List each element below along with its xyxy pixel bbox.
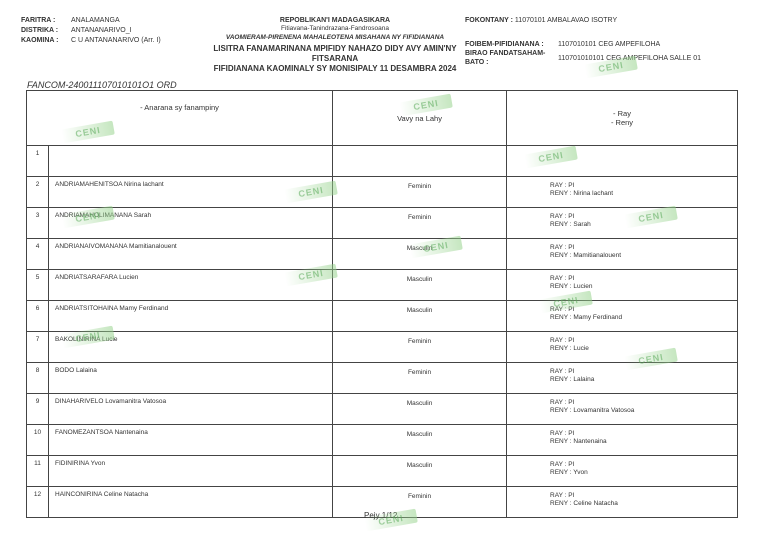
field-label: FARITRA : <box>21 16 71 26</box>
foibem-value: 1107010101 CEG AMPEFILOHA <box>558 40 701 49</box>
voter-name: ANDRIATSITOHAINA Mamy Ferdinand <box>49 301 333 332</box>
table-row: 6ANDRIATSITOHAINA Mamy FerdinandMasculin… <box>27 301 738 332</box>
row-number: 4 <box>27 239 49 270</box>
row-number: 5 <box>27 270 49 301</box>
voter-list-table: - Anarana sy fanampiny Vavy na Lahy - Ra… <box>26 90 737 518</box>
voter-sex: Feminin <box>333 332 507 363</box>
table-row: 7BAKOLINIRINA LucieFemininRAY : PIRENY :… <box>27 332 738 363</box>
voter-parents: RAY : PIRENY : Mamitianalouent <box>507 239 738 270</box>
voter-name: ANDRIANAIVOMANANA Mamitianalouent <box>49 239 333 270</box>
voter-sex: Feminin <box>333 208 507 239</box>
row-number: 3 <box>27 208 49 239</box>
voter-parents: RAY : PIRENY : Celine Natacha <box>507 487 738 518</box>
voter-parents: RAY : PIRENY : Lovamanitra Vatosoa <box>507 394 738 425</box>
header-parents: - Ray - Reny <box>507 91 738 146</box>
table-row: 8BODO LalainaFemininRAY : PIRENY : Lalai… <box>27 363 738 394</box>
voter-parents: RAY : PIRENY : Nantenaina <box>507 425 738 456</box>
header-sex: Vavy na Lahy <box>333 91 507 146</box>
row-number: 7 <box>27 332 49 363</box>
header-location-info: FARITRA :ANALAMANGADISTRIKA :ANTANANARIV… <box>21 16 161 46</box>
row-number: 8 <box>27 363 49 394</box>
table-row: 2ANDRIAMAHENITSOA Nirina lachantFemininR… <box>27 177 738 208</box>
table-row: 11FIDINIRINA YvonMasculinRAY : PIRENY : … <box>27 456 738 487</box>
voter-parents: RAY : PIRENY : Nirina lachant <box>507 177 738 208</box>
birao-label: BIRAO FANDATSAHAM-BATO : <box>465 49 555 67</box>
document-title: LISITRA FANAMARINANA MPIFIDY NAHAZO DIDY… <box>200 44 470 74</box>
table-row: 3ANDRIAMAHOLIMANANA SarahFemininRAY : PI… <box>27 208 738 239</box>
voter-parents <box>507 146 738 177</box>
voter-sex: Feminin <box>333 363 507 394</box>
table-row: 4ANDRIANAIVOMANANA MamitianalouentMascul… <box>27 239 738 270</box>
header-name: - Anarana sy fanampiny <box>27 91 333 146</box>
field-value: ANALAMANGA <box>71 16 120 26</box>
table-row: 5ANDRIATSARAFARA LucienMasculinRAY : PIR… <box>27 270 738 301</box>
voter-name: FANOMEZANTSOA Nantenaina <box>49 425 333 456</box>
row-number: 2 <box>27 177 49 208</box>
birao-value: 110701010101 CEG AMPEFILOHA SALLE 01 <box>558 54 701 63</box>
header-title-block: REPOBLIKAN'I MADAGASIKARA Fitiavana-Tani… <box>200 16 470 74</box>
field-label: KAOMINA : <box>21 36 71 46</box>
voter-name: ANDRIAMAHOLIMANANA Sarah <box>49 208 333 239</box>
voter-sex: Masculin <box>333 456 507 487</box>
voter-sex: Masculin <box>333 425 507 456</box>
voter-name: ANDRIAMAHENITSOA Nirina lachant <box>49 177 333 208</box>
field-value: ANTANANARIVO_I <box>71 26 132 36</box>
voter-name: FIDINIRINA Yvon <box>49 456 333 487</box>
row-number: 10 <box>27 425 49 456</box>
foibem-label: FOIBEM-PIFIDIANANA : <box>465 40 555 49</box>
country-name: REPOBLIKAN'I MADAGASIKARA <box>200 16 470 25</box>
commission-name: VAOMIERAM-PIRENENA MAHALEOTENA MISAHANA … <box>200 33 470 42</box>
voter-sex: Masculin <box>333 394 507 425</box>
voter-name: BAKOLINIRINA Lucie <box>49 332 333 363</box>
voter-sex: Feminin <box>333 487 507 518</box>
voter-sex <box>333 146 507 177</box>
header-polling-info: FOKONTANY : 11070101 AMBALAVAO ISOTRY FO… <box>465 16 701 67</box>
document-reference: FANCOM-240011107010101O1 ORD <box>27 80 177 90</box>
fokontany-field: FOKONTANY : 11070101 AMBALAVAO ISOTRY <box>465 16 701 25</box>
row-number: 1 <box>27 146 49 177</box>
voter-parents: RAY : PIRENY : Mamy Ferdinand <box>507 301 738 332</box>
voter-sex: Feminin <box>333 177 507 208</box>
table-row: 1 <box>27 146 738 177</box>
header-field: FARITRA :ANALAMANGA <box>21 16 161 26</box>
header-field: KAOMINA :C U ANTANANARIVO (Arr. I) <box>21 36 161 46</box>
voter-parents: RAY : PIRENY : Lucien <box>507 270 738 301</box>
voter-sex: Masculin <box>333 270 507 301</box>
voter-name: DINAHARIVELO Lovamanitra Vatosoa <box>49 394 333 425</box>
page-number: Pejy 1/12 <box>364 511 397 520</box>
row-number: 12 <box>27 487 49 518</box>
table-row: 9DINAHARIVELO Lovamanitra VatosoaMasculi… <box>27 394 738 425</box>
field-label: DISTRIKA : <box>21 26 71 36</box>
row-number: 6 <box>27 301 49 332</box>
voter-sex: Masculin <box>333 301 507 332</box>
voter-parents: RAY : PIRENY : Yvon <box>507 456 738 487</box>
row-number: 9 <box>27 394 49 425</box>
voter-parents: RAY : PIRENY : Lalaina <box>507 363 738 394</box>
voter-sex: Masculin <box>333 239 507 270</box>
header-field: DISTRIKA :ANTANANARIVO_I <box>21 26 161 36</box>
voter-parents: RAY : PIRENY : Lucie <box>507 332 738 363</box>
motto: Fitiavana-Tanindrazana-Fandrosoana <box>200 25 470 33</box>
voter-name: ANDRIATSARAFARA Lucien <box>49 270 333 301</box>
voter-parents: RAY : PIRENY : Sarah <box>507 208 738 239</box>
voter-name <box>49 146 333 177</box>
row-number: 11 <box>27 456 49 487</box>
field-value: C U ANTANANARIVO (Arr. I) <box>71 36 161 46</box>
table-row: 10FANOMEZANTSOA NantenainaMasculinRAY : … <box>27 425 738 456</box>
voter-name: BODO Lalaina <box>49 363 333 394</box>
voter-name: HAINCONIRINA Celine Natacha <box>49 487 333 518</box>
